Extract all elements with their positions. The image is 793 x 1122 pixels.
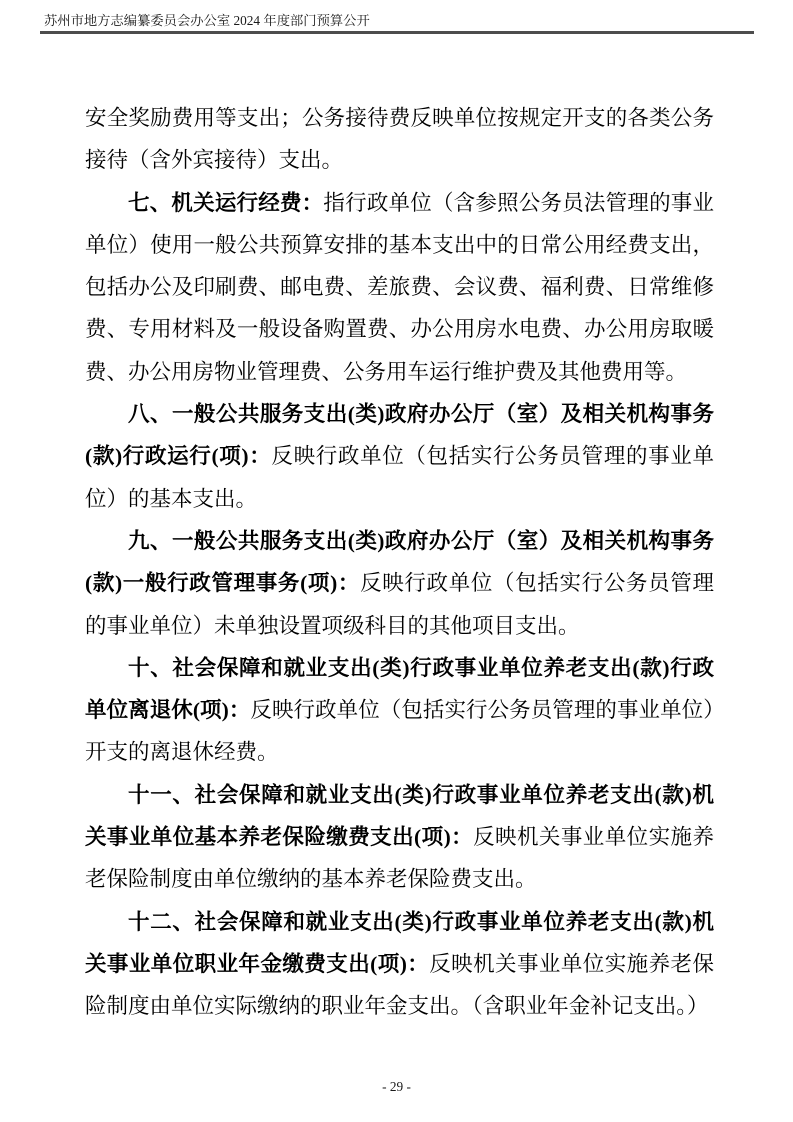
paragraph: 七、机关运行经费：指行政单位（含参照公务员法管理的事业单位）使用一般公共预算安排…: [85, 182, 714, 393]
header-title: 苏州市地方志编纂委员会办公室 2024 年度部门预算公开: [44, 12, 370, 29]
paragraph-text: 安全奖励费用等支出；公务接待费反映单位按规定开支的各类公务接待（含外宾接待）支出…: [85, 106, 714, 172]
paragraph: 九、一般公共服务支出(类)政府办公厅（室）及相关机构事务(款)一般行政管理事务(…: [85, 520, 714, 647]
paragraph: 十、社会保障和就业支出(类)行政事业单位养老支出(款)行政单位离退休(项)：反映…: [85, 647, 714, 774]
paragraph: 八、一般公共服务支出(类)政府办公厅（室）及相关机构事务(款)行政运行(项)：反…: [85, 393, 714, 520]
paragraph-text: 指行政单位（含参照公务员法管理的事业单位）使用一般公共预算安排的基本支出中的日常…: [85, 191, 714, 384]
paragraph: 十一、社会保障和就业支出(类)行政事业单位养老支出(款)机关事业单位基本养老保险…: [85, 774, 714, 901]
document-body: 安全奖励费用等支出；公务接待费反映单位按规定开支的各类公务接待（含外宾接待）支出…: [85, 97, 714, 1028]
page-footer: - 29 -: [0, 1079, 793, 1095]
paragraph: 十二、社会保障和就业支出(类)行政事业单位养老支出(款)机关事业单位职业年金缴费…: [85, 901, 714, 1028]
header-rule: [40, 31, 754, 34]
paragraph-lead: 七、机关运行经费：: [128, 191, 323, 215]
document-page: 苏州市地方志编纂委员会办公室 2024 年度部门预算公开 安全奖励费用等支出；公…: [0, 0, 793, 1122]
paragraph: 安全奖励费用等支出；公务接待费反映单位按规定开支的各类公务接待（含外宾接待）支出…: [85, 97, 714, 182]
page-number: - 29 -: [382, 1079, 411, 1094]
